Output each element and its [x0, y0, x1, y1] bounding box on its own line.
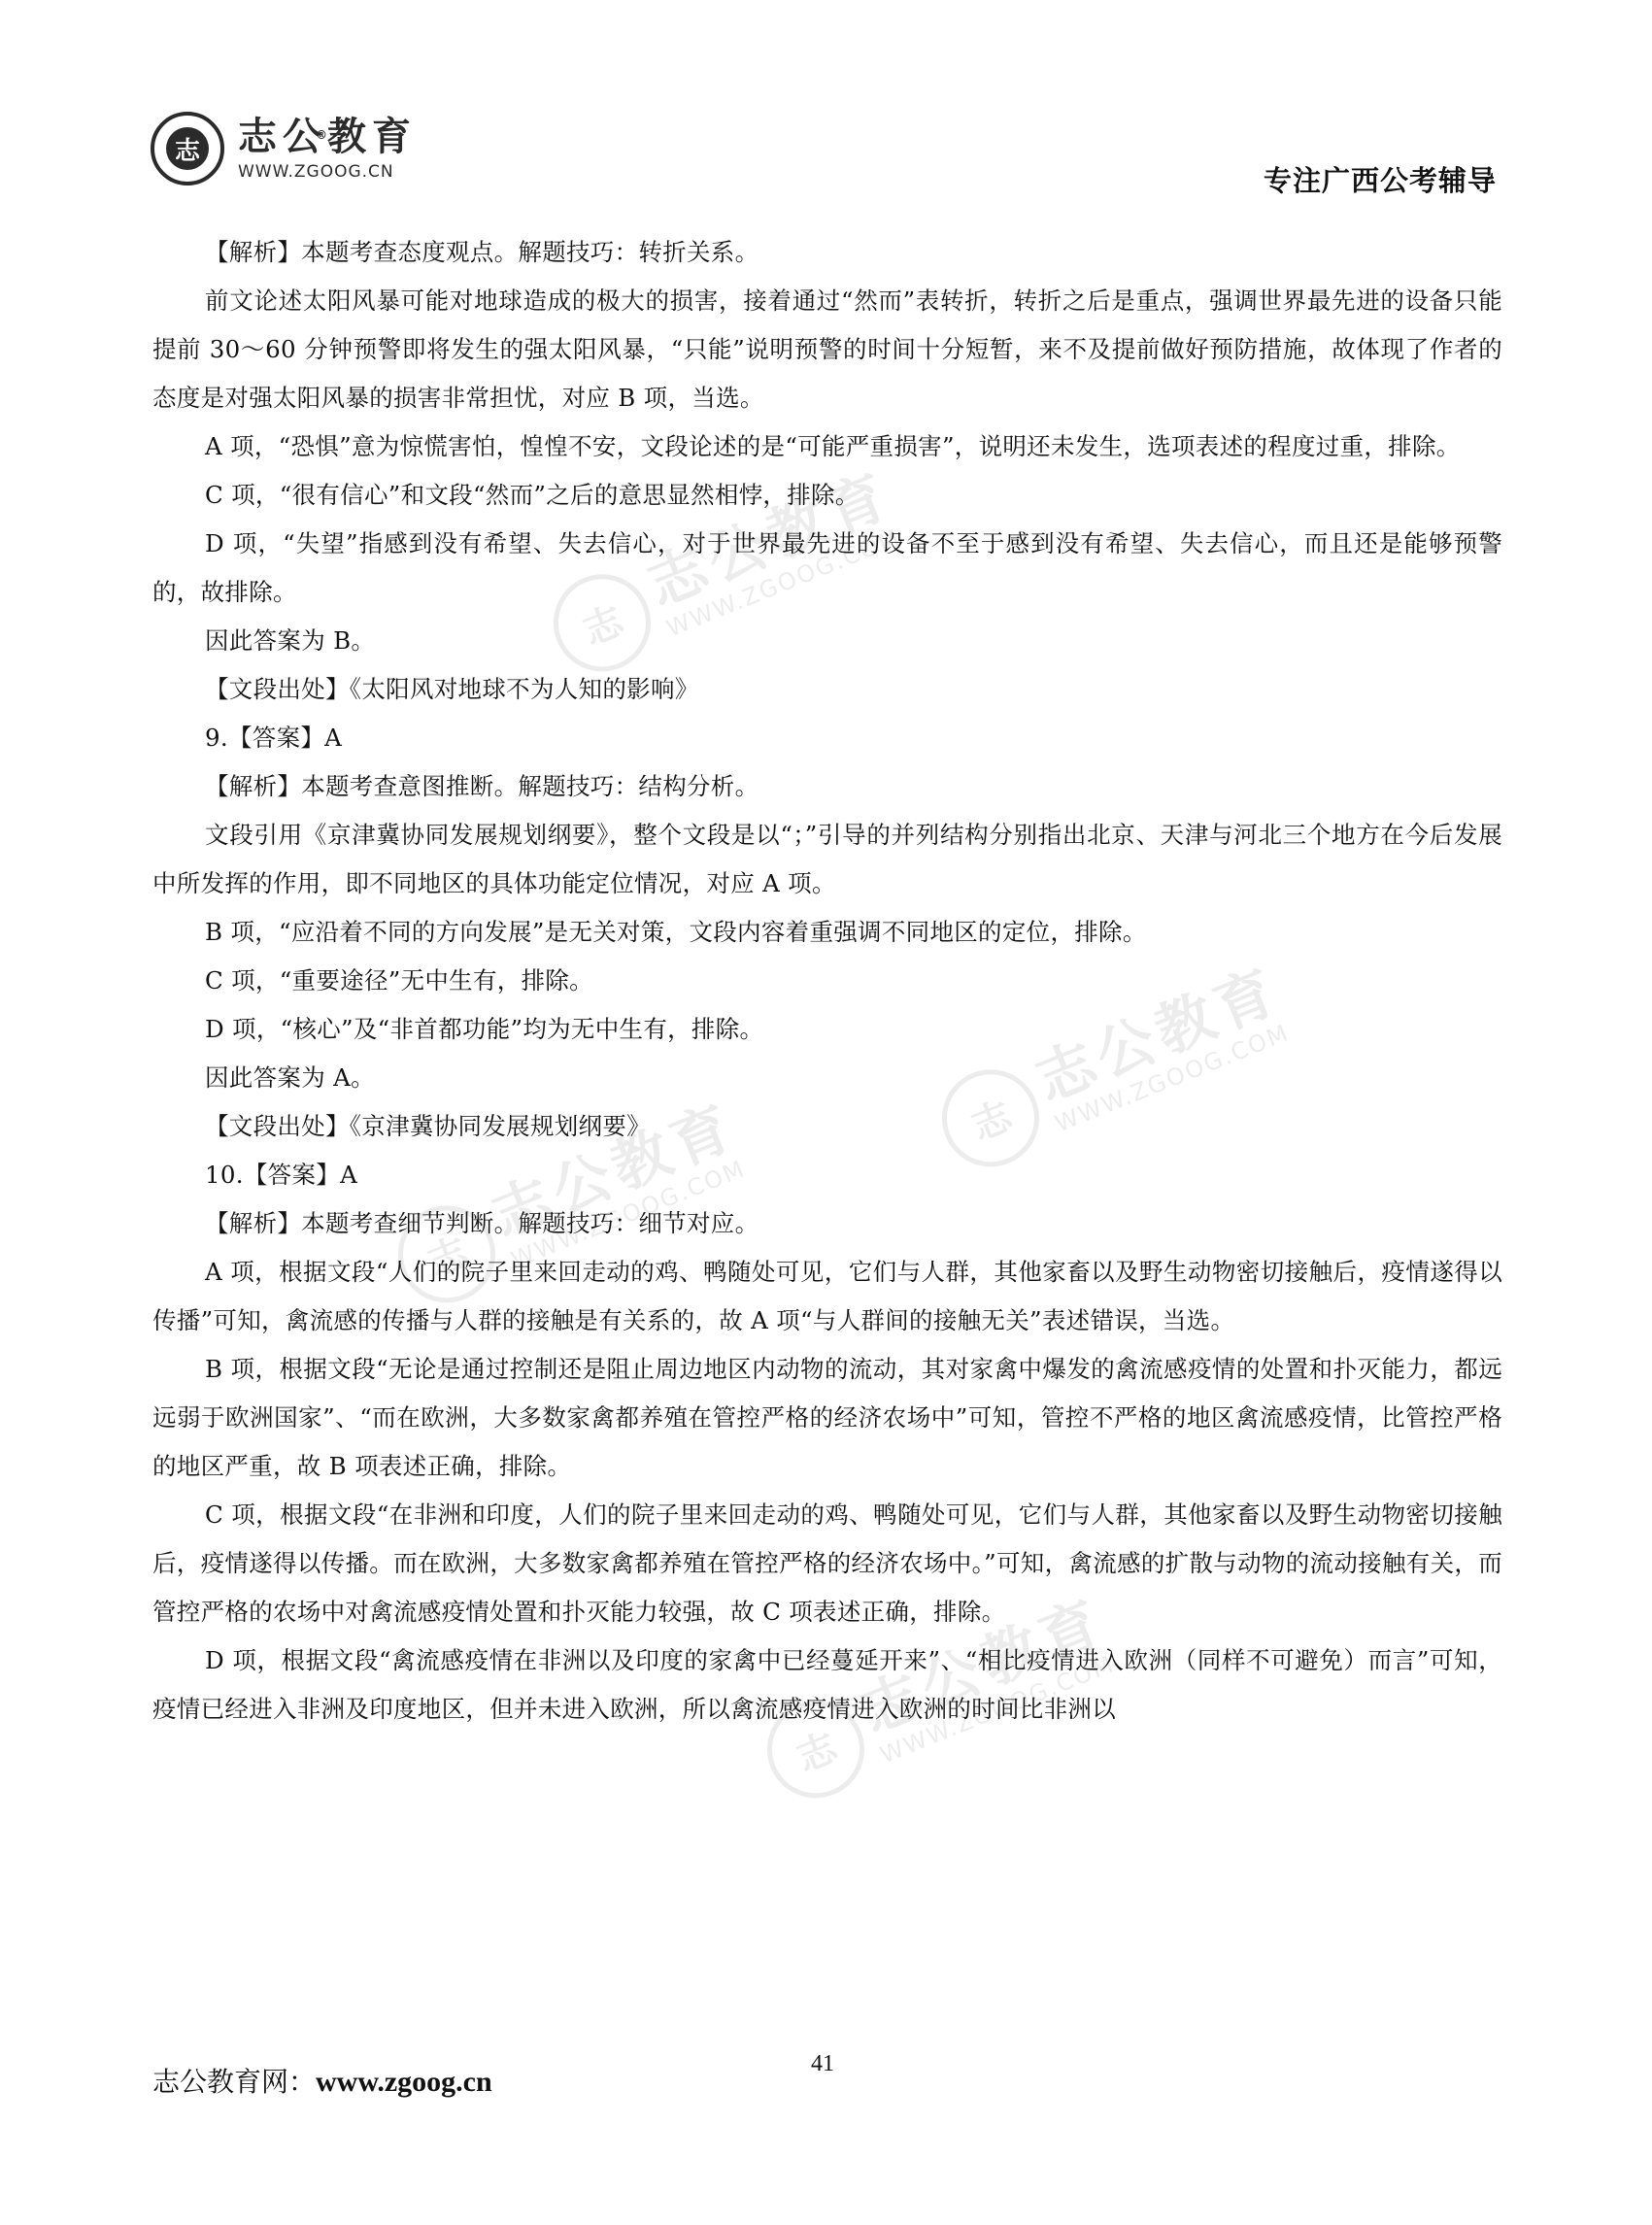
analysis-heading: 【解析】本题考查意图推断。解题技巧：结构分析。 — [152, 762, 1502, 811]
footer-label: 志公教育网： — [152, 2066, 316, 2098]
question-answer: 9.【答案】A — [152, 714, 1502, 762]
logo-text: 志公教育® WWW.ZGOOG.CN — [238, 116, 417, 182]
answer-conclusion: 因此答案为 A。 — [152, 1054, 1502, 1102]
brand-logo: 志 志公教育® WWW.ZGOOG.CN — [151, 112, 417, 185]
option-a-analysis: A 项，“恐惧”意为惊慌害怕，惶惶不安，文段论述的是“可能严重损害”，说明还未发… — [152, 422, 1502, 471]
answer-conclusion: 因此答案为 B。 — [152, 617, 1502, 665]
analysis-heading: 【解析】本题考查态度观点。解题技巧：转折关系。 — [152, 228, 1502, 277]
question-answer: 10.【答案】A — [152, 1151, 1502, 1199]
logo-brand-text: 志公教育 — [238, 115, 417, 159]
logo-brand-name: 志公教育® — [238, 116, 417, 158]
option-d-analysis: D 项，“核心”及“非首都功能”均为无中生有，排除。 — [152, 1005, 1502, 1054]
logo-url: WWW.ZGOOG.CN — [238, 162, 417, 182]
logo-emblem-icon: 志 — [151, 112, 224, 185]
registered-mark: ® — [316, 114, 327, 156]
document-body: 【解析】本题考查态度观点。解题技巧：转折关系。 前文论述太阳风暴可能对地球造成的… — [152, 228, 1502, 1734]
passage-source: 【文段出处】《太阳风对地球不为人知的影响》 — [152, 665, 1502, 714]
passage-source: 【文段出处】《京津冀协同发展规划纲要》 — [152, 1102, 1502, 1151]
footer-url-link[interactable]: www.zgoog.cn — [316, 2066, 492, 2098]
option-c-analysis: C 项，“重要途径”无中生有，排除。 — [152, 957, 1502, 1005]
header-slogan: 专注广西公考辅导 — [1264, 159, 1497, 199]
analysis-heading: 【解析】本题考查细节判断。解题技巧：细节对应。 — [152, 1199, 1502, 1248]
option-b-analysis: B 项，“应沿着不同的方向发展”是无关对策，文段内容着重强调不同地区的定位，排除… — [152, 908, 1502, 957]
paragraph: 文段引用《京津冀协同发展规划纲要》，整个文段是以“；”引导的并列结构分别指出北京… — [152, 811, 1502, 908]
option-a-analysis: A 项，根据文段“人们的院子里来回走动的鸡、鸭随处可见，它们与人群，其他家畜以及… — [152, 1248, 1502, 1345]
footer-site: 志公教育网：www.zgoog.cn — [152, 2061, 492, 2100]
option-c-analysis: C 项，“很有信心”和文段“然而”之后的意思显然相悖，排除。 — [152, 471, 1502, 520]
option-d-analysis: D 项，根据文段“禽流感疫情在非洲以及印度的家禽中已经蔓延开来”、“相比疫情进入… — [152, 1636, 1502, 1734]
option-b-analysis: B 项，根据文段“无论是通过控制还是阻止周边地区内动物的流动，其对家禽中爆发的禽… — [152, 1345, 1502, 1491]
logo-emblem-char: 志 — [166, 127, 209, 170]
option-d-analysis: D 项，“失望”指感到没有希望、失去信心，对于世界最先进的设备不至于感到没有希望… — [152, 520, 1502, 617]
page-number: 41 — [811, 2051, 834, 2077]
paragraph: 前文论述太阳风暴可能对地球造成的极大的损害，接着通过“然而”表转折，转折之后是重… — [152, 277, 1502, 422]
option-c-analysis: C 项，根据文段“在非洲和印度，人们的院子里来回走动的鸡、鸭随处可见，它们与人群… — [152, 1491, 1502, 1636]
